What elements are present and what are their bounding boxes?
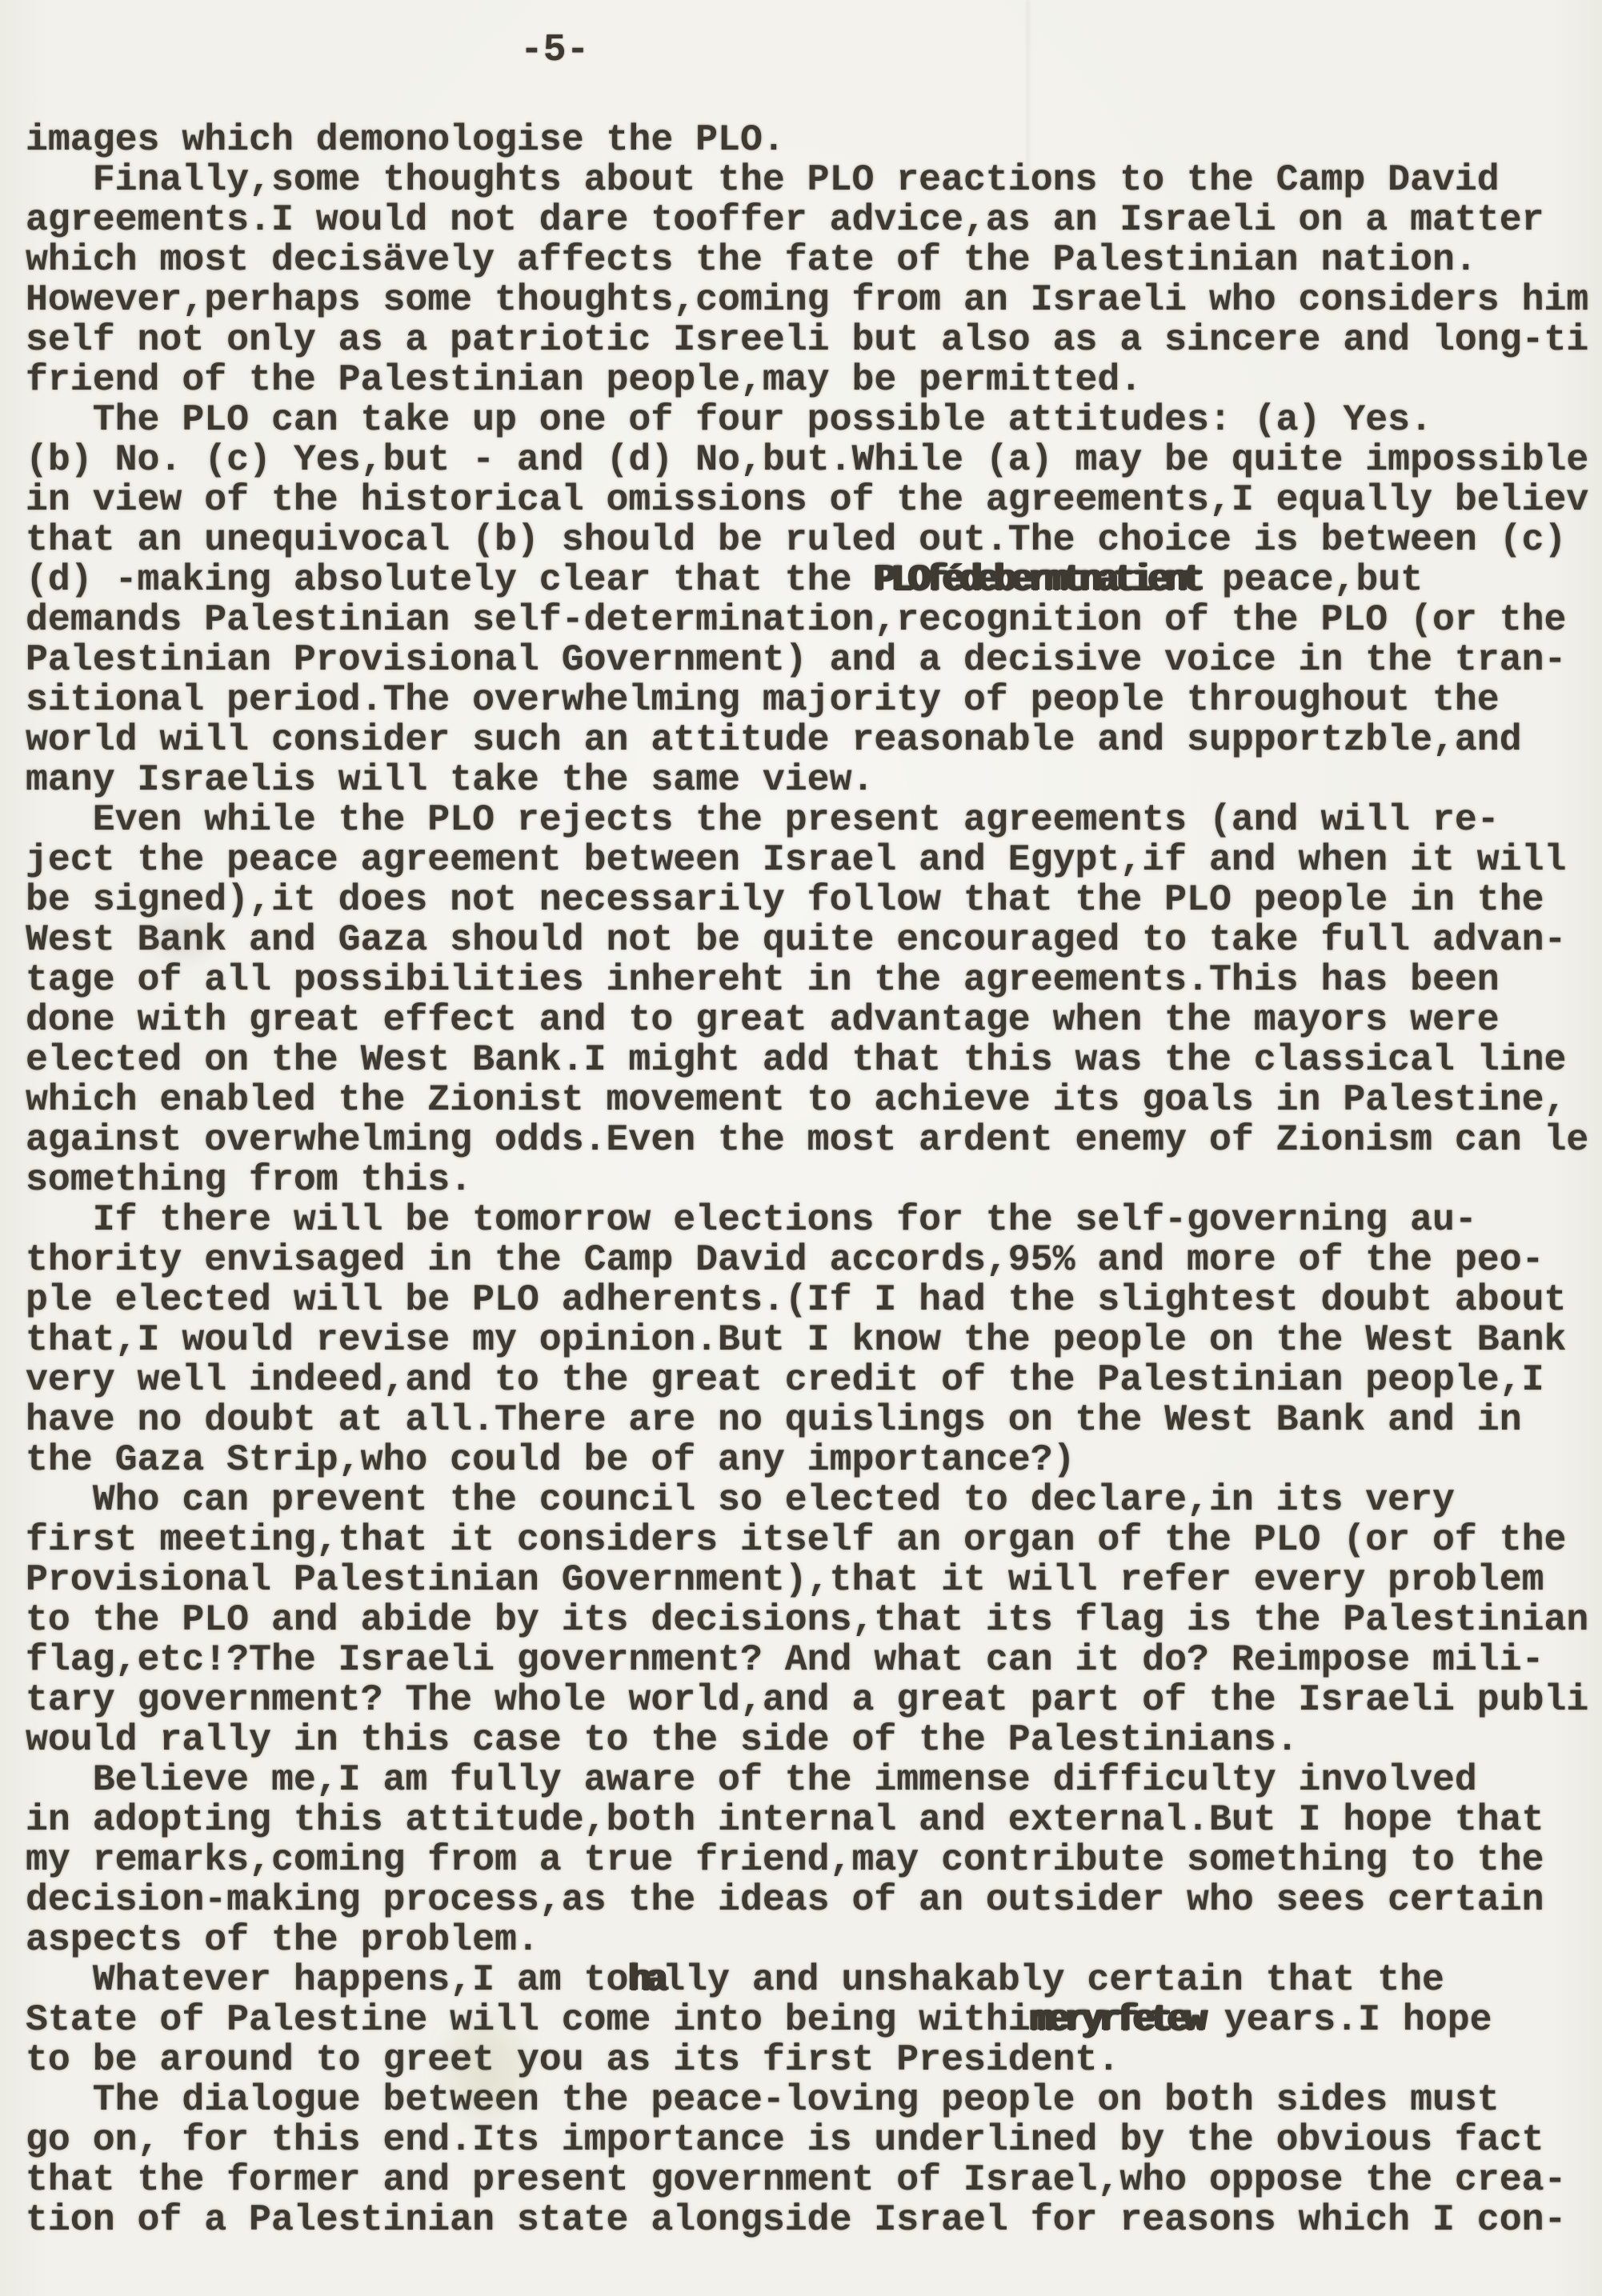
text-line: very well indeed,and to the great credit… [26,1360,1598,1400]
text-line: sitional period.The overwhelming majorit… [26,680,1598,720]
text-line: decision-making process,as the ideas of … [26,1880,1598,1920]
text-line: tage of all possibilities inhereht in th… [26,960,1598,1000]
overstruck-text: ha [628,1958,663,2001]
text-line: have no doubt at all.There are no quisli… [26,1400,1598,1440]
text-line: which most decisävely affects the fate o… [26,240,1598,280]
document-page: -5- images which demonologise the PLO. F… [0,0,1602,2296]
text-line: demands Palestinian self-determination,r… [26,600,1598,640]
text-line: the Gaza Strip,who could be of any impor… [26,1440,1598,1480]
text-line: first meeting,that it considers itself a… [26,1520,1598,1560]
text-line: State of Palestine will come into being … [26,2000,1598,2040]
text-line: tary government? The whole world,and a g… [26,1680,1598,1720]
text-line: The dialogue between the peace-loving pe… [26,2080,1598,2120]
text-line: Palestinian Provisional Government) and … [26,640,1598,680]
overstruck-text: meryrfetew [1031,1998,1202,2041]
text-line: that an unequivocal (b) should be ruled … [26,520,1598,560]
text-line: friend of the Palestinian people,may be … [26,360,1598,400]
text-line: against overwhelming odds.Even the most … [26,1120,1598,1160]
text-line: something from this. [26,1160,1598,1200]
text-line: which enabled the Zionist movement to ac… [26,1080,1598,1120]
text-line: in view of the historical omissions of t… [26,480,1598,520]
text-line: If there will be tomorrow elections for … [26,1200,1598,1240]
text-line: that the former and present government o… [26,2160,1598,2200]
text-line: West Bank and Gaza should not be quite e… [26,920,1598,960]
text-line: many Israelis will take the same view. [26,760,1598,800]
text-line: to be around to greet you as its first P… [26,2040,1598,2080]
text-line: in adopting this attitude,both internal … [26,1800,1598,1840]
text-line: be signed),it does not necessarily follo… [26,880,1598,920]
text-line: would rally in this case to the side of … [26,1720,1598,1760]
overstruck-text: PLOfédebermtnatient [874,558,1199,601]
text-line: Even while the PLO rejects the present a… [26,800,1598,840]
text-line: Provisional Palestinian Government),that… [26,1560,1598,1600]
text-line: that,I would revise my opinion.But I kno… [26,1320,1598,1360]
text-line: Who can prevent the council so elected t… [26,1480,1598,1520]
text-line: (b) No. (c) Yes,but - and (d) No,but.Whi… [26,440,1598,480]
text-line: Whatever happens,I am tohally and unshak… [26,1960,1598,2000]
text-line: world will consider such an attitude rea… [26,720,1598,760]
text-line: tion of a Palestinian state alongside Is… [26,2200,1598,2240]
text-line: However,perhaps some thoughts,coming fro… [26,280,1598,320]
text-line: aspects of the problem. [26,1920,1598,1960]
text-line: Finally,some thoughts about the PLO reac… [26,160,1598,200]
text-line: my remarks,coming from a true friend,may… [26,1840,1598,1880]
typewritten-text: images which demonologise the PLO. Final… [26,120,1598,2240]
text-line: elected on the West Bank.I might add tha… [26,1040,1598,1080]
text-line: agreements.I would not dare tooffer advi… [26,200,1598,240]
text-line: ject the peace agreement between Israel … [26,840,1598,880]
text-line: (d) -making absolutely clear that the PL… [26,560,1598,600]
text-line: images which demonologise the PLO. [26,120,1598,160]
page-number: -5- [520,29,589,72]
text-line: to the PLO and abide by its decisions,th… [26,1600,1598,1640]
text-line: ple elected will be PLO adherents.(If I … [26,1280,1598,1320]
text-line: go on, for this end.Its importance is un… [26,2120,1598,2160]
text-line: done with great effect and to great adva… [26,1000,1598,1040]
text-line: self not only as a patriotic Isreeli but… [26,320,1598,360]
text-line: thority envisaged in the Camp David acco… [26,1240,1598,1280]
text-line: The PLO can take up one of four possible… [26,400,1598,440]
text-line: Believe me,I am fully aware of the immen… [26,1760,1598,1800]
text-line: flag,etc!?The Israeli government? And wh… [26,1640,1598,1680]
